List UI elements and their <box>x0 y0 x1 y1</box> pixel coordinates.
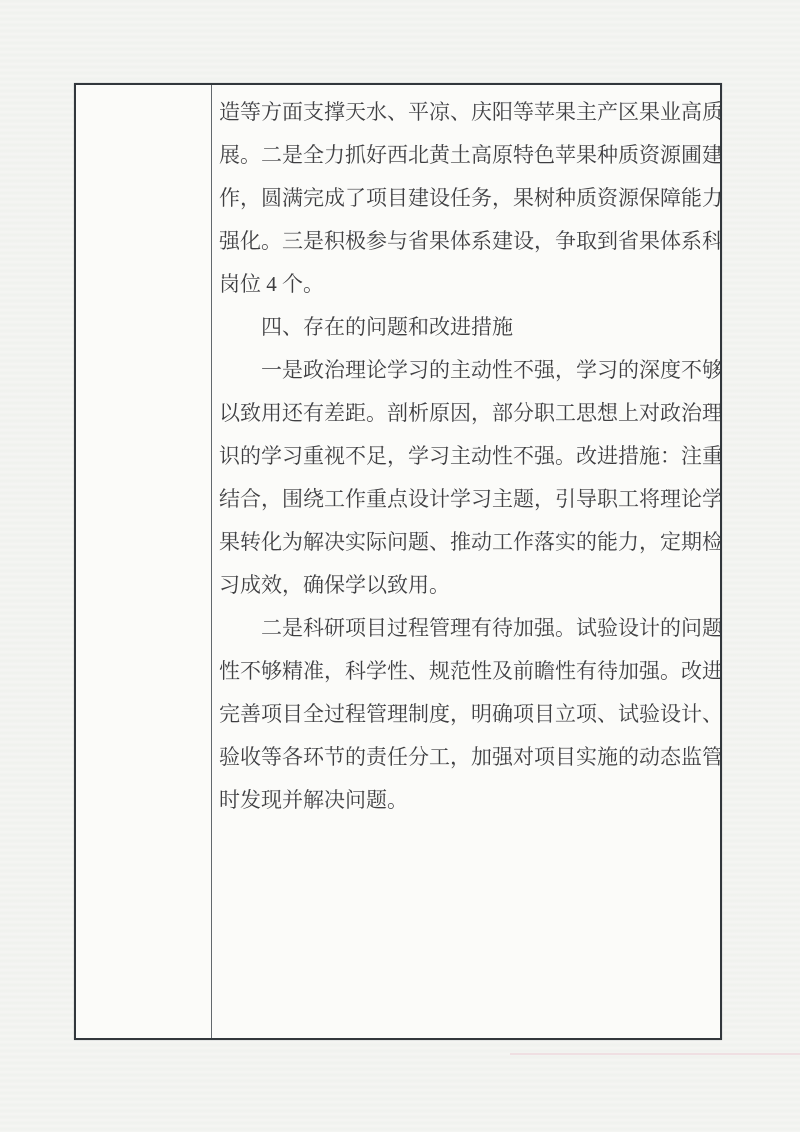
table-cell-left-empty <box>76 85 212 1038</box>
text-line: 以致用还有差距。剖析原因，部分职工思想上对政治理论知 <box>219 392 716 435</box>
text-line: 识的学习重视不足，学习主动性不强。改进措施：注重学用 <box>219 435 716 478</box>
text-line: 二是科研项目过程管理有待加强。试验设计的问题导向 <box>219 607 716 650</box>
scanned-page: 造等方面支撑天水、平凉、庆阳等苹果主产区果业高质量发展。二是全力抓好西北黄土高原… <box>0 0 800 1132</box>
text-line: 验收等各环节的责任分工，加强对项目实施的动态监管，及 <box>219 736 716 779</box>
text-line: 一是政治理论学习的主动性不强，学习的深度不够，学 <box>219 349 716 392</box>
text-line: 四、存在的问题和改进措施 <box>219 306 716 349</box>
table-cell-content: 造等方面支撑天水、平凉、庆阳等苹果主产区果业高质量发展。二是全力抓好西北黄土高原… <box>212 85 720 1038</box>
text-line: 作，圆满完成了项目建设任务，果树种质资源保障能力全面 <box>219 177 716 220</box>
text-line: 造等方面支撑天水、平凉、庆阳等苹果主产区果业高质量发 <box>219 91 716 134</box>
text-line: 习成效，确保学以致用。 <box>219 564 716 607</box>
scan-artifact-line <box>510 1053 800 1055</box>
text-line: 性不够精准，科学性、规范性及前瞻性有待加强。改进措施： <box>219 650 716 693</box>
text-line: 果转化为解决实际问题、推动工作落实的能力，定期检查学 <box>219 521 716 564</box>
text-line: 岗位 4 个。 <box>219 263 716 306</box>
text-line: 时发现并解决问题。 <box>219 779 716 822</box>
text-line: 结合，围绕工作重点设计学习主题，引导职工将理论学习成 <box>219 478 716 521</box>
report-table: 造等方面支撑天水、平凉、庆阳等苹果主产区果业高质量发展。二是全力抓好西北黄土高原… <box>74 83 722 1040</box>
text-line: 强化。三是积极参与省果体系建设，争取到省果体系科学家 <box>219 220 716 263</box>
text-line: 完善项目全过程管理制度，明确项目立项、试验设计、实施、 <box>219 693 716 736</box>
text-line: 展。二是全力抓好西北黄土高原特色苹果种质资源圃建设工 <box>219 134 716 177</box>
report-text-block: 造等方面支撑天水、平凉、庆阳等苹果主产区果业高质量发展。二是全力抓好西北黄土高原… <box>219 91 716 822</box>
